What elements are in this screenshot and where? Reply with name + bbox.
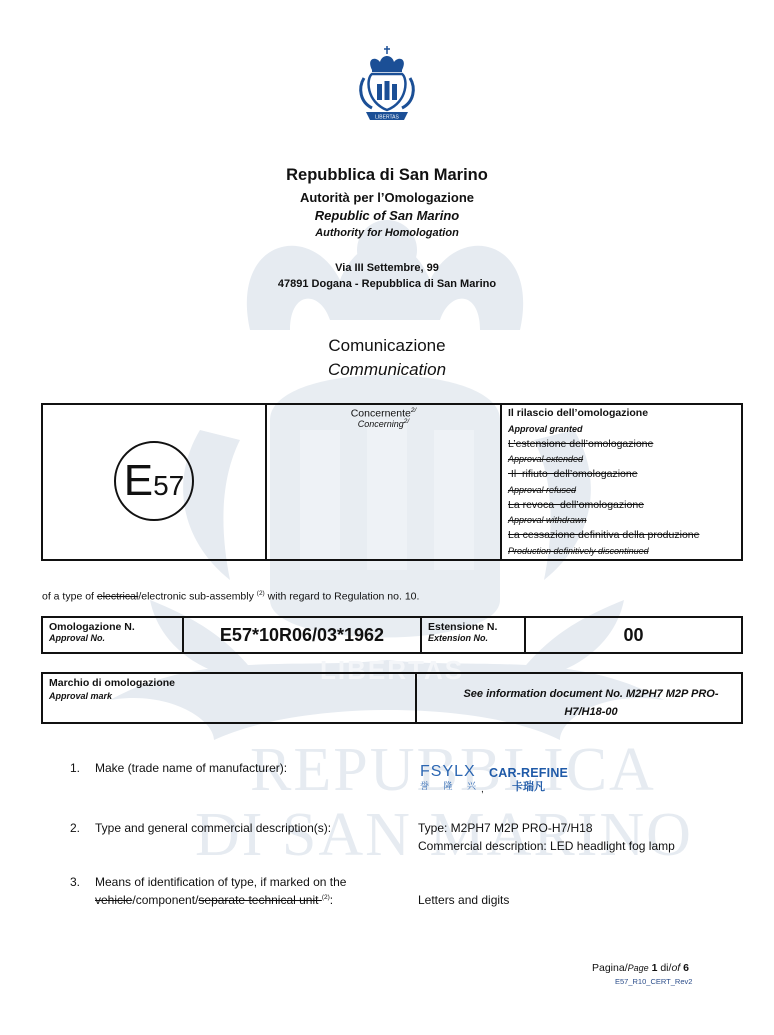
approval-mark-cell: E57 xyxy=(42,404,266,560)
document-type-en: Communication xyxy=(0,360,774,380)
brand-car-refine-logo: CAR-REFINE 卡瑞凡 xyxy=(489,766,568,794)
approval-mark-value: See information document No. M2PH7 M2P P… xyxy=(463,688,718,718)
header-title-it: Repubblica di San Marino xyxy=(0,166,774,185)
concerning-en: Concerning xyxy=(358,419,404,429)
status-discontinued-it: La cessazione definitiva della produzion… xyxy=(508,528,741,544)
approval-no-label-it: Omologazione N. xyxy=(49,621,176,633)
approval-mark-label-en: Approval mark xyxy=(49,691,409,701)
extension-no-label-cell: Estensione N. Extension No. xyxy=(421,617,525,653)
item-3-label-line1: Means of identification of type, if mark… xyxy=(95,875,346,889)
struck-electrical: electrical xyxy=(97,591,138,603)
status-extended-en: Approval extended xyxy=(508,452,741,467)
brand-car-refine-subtitle: 卡瑞凡 xyxy=(489,778,568,794)
item-3-value: Letters and digits xyxy=(418,893,509,907)
item-2-commercial-value: Commercial description: LED headlight fo… xyxy=(418,839,675,853)
item-2-number: 2. xyxy=(70,821,80,835)
e57-mark-icon: E57 xyxy=(114,441,194,521)
document-page: LIBERTAS Repubblica di San Marino Autori… xyxy=(0,0,774,1035)
status-granted-en: Approval granted xyxy=(508,422,741,437)
approval-status-table: E57 Concernente2/ Concerning2/ Il rilasc… xyxy=(41,403,743,561)
status-withdrawn-it: La revoca dell’omologazione xyxy=(508,498,741,514)
item-2-label: Type and general commercial description(… xyxy=(95,821,331,835)
item-1-label: Make (trade name of manufacturer): xyxy=(95,761,287,775)
item-3-label-line2: vehicle/component/separate technical uni… xyxy=(95,893,333,907)
extension-no-label-en: Extension No. xyxy=(428,633,518,643)
status-refused-it: Il rifiuto dell’omologazione xyxy=(508,467,741,483)
status-options-cell: Il rilascio dell’omologazione Approval g… xyxy=(501,404,742,560)
brand-fsylx-logo: FSYLX 誉 隆 兴 xyxy=(420,763,482,792)
status-granted-it: Il rilascio dell’omologazione xyxy=(508,406,741,422)
status-discontinued-en: Production definitively discontinued xyxy=(508,544,741,559)
address-line-1: Via III Settembre, 99 xyxy=(0,262,774,274)
item-3-number: 3. xyxy=(70,875,80,889)
item-1-number: 1. xyxy=(70,761,80,775)
brand-separator: , xyxy=(481,784,484,795)
extension-no-value: 00 xyxy=(623,625,643,645)
item-2-type-value: Type: M2PH7 M2P PRO-H7/H18 xyxy=(418,821,593,835)
approval-mark-label-cell: Marchio di omologazione Approval mark xyxy=(42,673,416,723)
approval-mark-value-cell: See information document No. M2PH7 M2P P… xyxy=(416,673,742,723)
extension-no-value-cell: 00 xyxy=(525,617,742,653)
type-sentence: of a type of electrical/electronic sub-a… xyxy=(42,590,419,603)
status-refused-en: Approval refused xyxy=(508,483,741,498)
approval-no-value: E57*10R06/03*1962 xyxy=(220,625,384,645)
approval-no-value-cell: E57*10R06/03*1962 xyxy=(183,617,421,653)
extension-no-label-it: Estensione N. xyxy=(428,621,518,633)
document-type-it: Comunicazione xyxy=(0,336,774,356)
header-authority-en: Authority for Homologation xyxy=(0,227,774,239)
document-code: E57_R10_CERT_Rev2 xyxy=(615,977,692,986)
approval-mark-label-it: Marchio di omologazione xyxy=(49,677,409,689)
concerning-cell: Concernente2/ Concerning2/ xyxy=(266,404,501,560)
status-options-list: Il rilascio dell’omologazione Approval g… xyxy=(508,406,741,559)
header-title-en: Republic of San Marino xyxy=(0,208,774,223)
san-marino-emblem-icon: LIBERTAS xyxy=(352,44,422,124)
approval-no-label-en: Approval No. xyxy=(49,633,176,643)
status-extended-it: L’estensione dell’omologazione xyxy=(508,437,741,453)
approval-no-label-cell: Omologazione N. Approval No. xyxy=(42,617,183,653)
approval-number-table: Omologazione N. Approval No. E57*10R06/0… xyxy=(41,616,743,654)
svg-text:LIBERTAS: LIBERTAS xyxy=(375,115,399,121)
approval-mark-table: Marchio di omologazione Approval mark Se… xyxy=(41,672,743,724)
status-withdrawn-en: Approval withdrawn xyxy=(508,513,741,528)
address-line-2: 47891 Dogana - Repubblica di San Marino xyxy=(0,278,774,290)
header-authority-it: Autorità per l’Omologazione xyxy=(0,190,774,205)
brand-fsylx-subtitle: 誉 隆 兴 xyxy=(420,779,482,792)
page-indicator: Pagina/Page 1 di/of 6 xyxy=(592,962,689,974)
